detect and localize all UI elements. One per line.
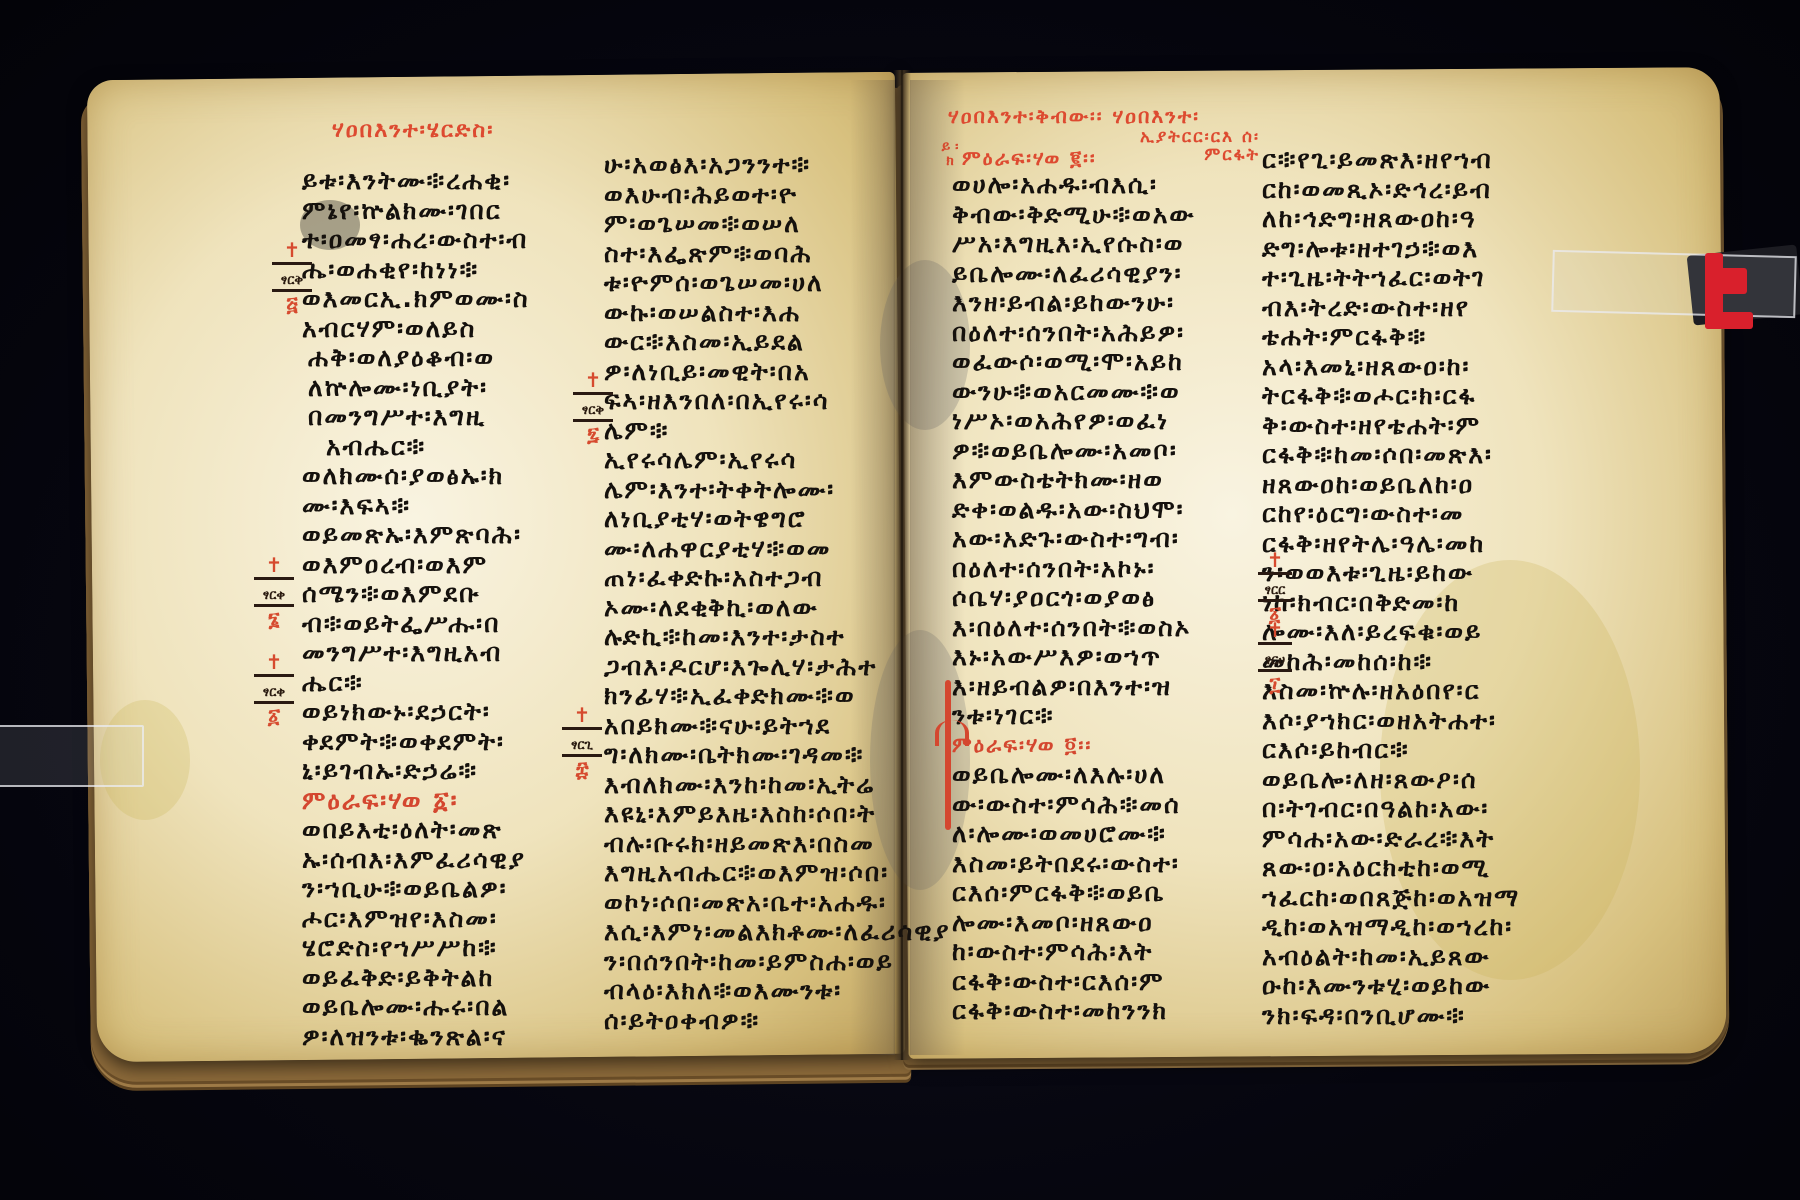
divider [272, 262, 312, 265]
text-line: ርፋቅ፡ውስተ፡ርእሰ፡ም [952, 967, 1195, 997]
text-line: ሖር፡እምዝየ፡እስመ፡ [302, 904, 530, 934]
text-line: ከ፡ውስተ፡ምሳሕ፡እት [952, 937, 1195, 967]
text-line: በዕለተ፡ሰንበት፡አኮኑ፡ [952, 554, 1195, 584]
margin-number: ፰ [575, 757, 588, 781]
cross-icon: ✝ [1267, 548, 1284, 572]
text-line: ሰ፡ይትዐቀብዎ፨ [604, 1006, 951, 1036]
margin-number: ፭ [286, 292, 297, 316]
margin-note: ✝ ፃርቅ ፯ [573, 370, 613, 444]
text-line: ርእሰ፡ምርፋቅ፨ወይቤ [952, 878, 1195, 908]
divider [254, 674, 294, 677]
text-line: ዘጸውዐከ፡ወይቤለከ፡ዐ [1262, 470, 1520, 500]
text-line: በ፡ትገብር፡በዓልከ፡አው፡ [1262, 794, 1520, 824]
text-line: ውንሁ፨ወአርመሙ፨ወ [952, 377, 1195, 407]
text-line: ወሀሎ፡አሐዱ፡ብእሲ፡ [952, 170, 1195, 200]
text-line: ወይፈቅድ፡ይቅትልከ [302, 963, 530, 993]
text-line: ይቤሎሙ፡ለፈሪሳዊያን፡ [952, 259, 1195, 289]
text-line: ኒ፡ይገብኡ፡ድኃሬ፨ [302, 756, 530, 786]
text-line: ወበይእቲ፡ዕለት፡መጽ [302, 815, 530, 845]
text-line: ሎሙ፡እለ፡ይረፍቁ፡ወይ [1262, 617, 1520, 647]
text-line: ሥአ፡እግዚእ፡ኢየሱስ፡ወ [952, 229, 1195, 259]
text-line: እስመ፡ይትበደሩ፡ውስተ፡ [952, 849, 1195, 879]
text-line: እዩኒ፡እምይእዜ፡እስከ፡ሶበ፡ት [604, 799, 951, 829]
text-line: ወለክሙሰ፡ያወፅኡ፡ክ [302, 461, 530, 491]
text-line: ግ፡ለክሙ፡ቤትክሙ፡ገዳመ፨ [604, 740, 951, 770]
divider [562, 727, 602, 730]
text-line: ንክ፡ፍዳ፡በንቢሆሙ፨ [1262, 1001, 1520, 1031]
text-line: እስመ፡ኵሉ፡ዘአዕበየ፡ር [1262, 676, 1520, 706]
text-line: እግዚአብሔር፨ወእምዝ፡ሶበ፡ [604, 858, 951, 888]
text-line: ንቱ፡ነገር፨ [952, 701, 1195, 731]
margin-number: ፮ [268, 607, 280, 631]
red-clip [1705, 268, 1747, 294]
text-line: ዎ፨ወይቤሎሙ፡አመቦ፡ [952, 436, 1195, 466]
cross-icon: ✝ [585, 368, 602, 392]
text-line: ርፋቅ፨ከመ፡ሶበ፡መጽእ፡ [1262, 440, 1520, 470]
text-line: ፍኣ፡ዘእንበለ፡በኢየሩ፡ሳ [604, 386, 951, 416]
text-line: እሶ፡ያኀክር፡ወዘአትሐተ፡ [1262, 706, 1520, 736]
text-line: ው፡ውስተ፡ምሳሕ፨መሰ [952, 790, 1195, 820]
text-line: ም፡ወጌሠመ፨ወሠለ [604, 209, 951, 239]
text-line: አላ፡እመኒ፡ዘጸውዐ፡ከ፡ [1262, 352, 1520, 382]
margin-note: ✝ ፃርቀ ፮ [254, 555, 294, 629]
text-line: አብሔር፨ [302, 432, 530, 462]
text-line: ወእምዐረብ፡ወእም [302, 550, 530, 580]
right-page-heading: ሃዐበእንተ፡ቅብው፡፡ ሃዐበእንተ፡ [948, 104, 1200, 128]
margin-note: ✝ ፃርጊ ፰ [562, 705, 602, 779]
text-line: ኦሙ፡ለደቂቅኪ፡ወለው [604, 593, 951, 623]
left-column-2: ሁ፡አወፅእ፡አጋንንተ፨ ወእሁብ፡ሕይወተ፡ዮ ም፡ወጌሠመ፨ወሠለ ስተ፡… [604, 150, 951, 1035]
text-line: ዲከ፡ወአዝማዲከ፡ወኀረከ፡ [1262, 912, 1520, 942]
margin-ornament-icon [945, 680, 951, 830]
cross-icon: ✝ [1267, 618, 1284, 642]
rubric-heading: ምዕራፍ፡ሃወ ፩፡ [302, 786, 530, 816]
text-line: ወኮነ፡ሶበ፡መጽአ፡ቤተ፡አሐዱ፡ [604, 888, 951, 918]
text-line: ብላዕ፡እክለ፨ወእሙንቱ፡ [604, 976, 951, 1006]
red-clip [1705, 312, 1753, 329]
text-line: ቴሐት፡ምርፋቅ፨ [1262, 322, 1520, 352]
text-line: ቅብው፡ቅድሚሁ፨ወአው [952, 200, 1195, 230]
text-line: አብዕልት፡ከመ፡ኢይጸው [1262, 942, 1520, 972]
text-line: ትርፋቅ፨ወሖር፡ክ፡ርፋ [1262, 381, 1520, 411]
margin-note: ✝ ፃርቅ ፭ [272, 240, 312, 314]
text-line: ኡ፡ሰብእ፡እምፈሪሳዊያ [302, 845, 530, 875]
text-line: ለነቢያቲሃ፡ወትዌግሮ [604, 504, 951, 534]
margin-side-note: ይ ፡ ክ [940, 140, 960, 168]
text-line: ስተ፡እፌጽም፨ወባሕ [604, 239, 951, 269]
text-line: ውር፨እስመ፡ኢይደል [604, 327, 951, 357]
text-line: ብእ፡ትረድ፡ውስተ፡ዘየ [1262, 293, 1520, 323]
text-line: ርፋቅ፡ዘየትሌ፡ዓሌ፡መከ [1262, 529, 1520, 559]
text-line: ኀፈርከ፡ወበጸጅከ፡ወአዝማ [1262, 883, 1520, 913]
left-column-1: ይቱ፡እንትሙ፨ረሐቂ፡ ምኔየ፡ኵልክሙ፡ገበር ተ፡ዐመፃ፡ሐረ፡ውስተ፡ብ… [302, 166, 530, 1051]
cross-icon: ✝ [284, 238, 301, 262]
text-line: ወፈውሶ፡ወሚ፡ሞ፡አይከ [952, 347, 1195, 377]
right-column-1: ወሀሎ፡አሐዱ፡ብእሲ፡ ቅብው፡ቅድሚሁ፨ወአው ሥአ፡እግዚእ፡ኢየሱስ፡ወ… [952, 170, 1195, 1026]
right-page-subheading: ኢያትርር፡ርእ ሰ፡ምርፋት [1110, 128, 1260, 164]
margin-number: ፲ [1270, 672, 1281, 696]
text-line: አበይክሙ፨ናሁ፡ይትኀደ [604, 711, 951, 741]
margin-note: ✝ ፃርር ፩ [1258, 550, 1292, 624]
text-line: እ፡ዘይብልዎ፡በእንተ፡ዝ [952, 672, 1195, 702]
manuscript-photo: ሃዐበእንተ፡ሄርድስ፡ ይቱ፡እንትሙ፨ረሐቂ፡ ምኔየ፡ኵልክሙ፡ገበር ተ… [0, 0, 1800, 1200]
text-line: ርፋቅ፡ውስተ፡መከንንክ [952, 996, 1195, 1026]
right-column-2: ር፨የጊ፡ይመጽእ፡ዘየኀብ ርከ፡ወመጺኦ፡ድኅረ፡ይብ ለከ፡ኅድግ፡ዘጸው… [1262, 145, 1520, 1030]
text-line: ወእመርኢ.ክምወሙ፡ስ [302, 284, 530, 314]
margin-number: ፯ [587, 422, 599, 446]
text-line: ብሉ፡ቡሩክ፡ዘይመጽእ፡በስመ [604, 829, 951, 859]
text-line: ን፡ወወእቱ፡ጊዜ፡ይከው [1262, 558, 1520, 588]
text-line: ሎሙ፡እመቦ፡ዘጸውዐ [952, 908, 1195, 938]
text-line: ለ፡ሎሙ፡ወመሀሮሙ፨ [952, 819, 1195, 849]
text-line: ርከ፡ወመጺኦ፡ድኅረ፡ይብ [1262, 175, 1520, 205]
text-line: ዑከ፡እሙንቱሂ፡ወይከው [1262, 971, 1520, 1001]
text-line: ለኵሎሙ፡ነቢያት፡ [302, 373, 530, 403]
rubric-heading: ምዕራፍ፡ሃወ ፪፡፡ [962, 146, 1097, 170]
text-line: መንግሥተ፡እግዚአብ [302, 638, 530, 668]
text-line: ሐቅ፡ወለያዕቆብ፡ወ [302, 343, 530, 373]
text-line: ጠነ፡ፈቀድኩ፡አስተጋብ [604, 563, 951, 593]
text-line: ወይቤሎሙ፡ሑሩ፡በል [302, 992, 530, 1022]
text-line: ሙ፡ለሐዋርያቲሃ፨ወመ [604, 534, 951, 564]
text-line: ሉድኪ፨ከመ፡እንተ፡ታስተ [604, 622, 951, 652]
text-line: ድቀ፡ወልዱ፡አው፡ስህሞ፡ [952, 495, 1195, 525]
text-line: መከሕ፡መከሰ፡ከ፨ [1262, 647, 1520, 677]
cross-icon: ✝ [266, 553, 283, 577]
text-line: ሙ፡እፍኣ፨ [302, 491, 530, 521]
margin-note: ✝ ፃርቀ ፩ [254, 652, 294, 726]
text-line: ቀደምት፨ወቀደምት፡ [302, 727, 530, 757]
text-line: ወእሁብ፡ሕይወተ፡ዮ [604, 180, 951, 210]
text-line: ሔ፡ወሐቂየ፡ከነነ፨ [302, 255, 530, 285]
margin-label: ፃርሀ [1265, 653, 1285, 668]
text-line: ምኔየ፡ኵልክሙ፡ገበር [302, 196, 530, 226]
text-line: ወይቤሎ፡ለዘ፡ጸውዖ፡ሰ [1262, 765, 1520, 795]
text-line: እብለክሙ፡እንከ፡ከመ፡ኢትሬ [604, 770, 951, 800]
text-line: ወይቤሎሙ፡ለእሉ፡ሀለ [952, 760, 1195, 790]
cross-icon: ✝ [574, 703, 591, 727]
margin-number: ፩ [268, 704, 280, 728]
text-line: ሌም፨ [604, 416, 951, 446]
text-line: አብርሃም፡ወለይስ [302, 314, 530, 344]
text-line: ይቱ፡እንትሙ፨ረሐቂ፡ [302, 166, 530, 196]
divider [573, 392, 613, 395]
text-line: በዕለተ፡ሰንበት፡አሕይዎ፡ [952, 318, 1195, 348]
divider [1258, 642, 1292, 645]
text-line: ን፡በሰንበት፡ከመ፡ይምስሐ፡ወይ [604, 947, 951, 977]
divider [1258, 572, 1292, 575]
margin-label: ፃርጊ [571, 738, 593, 753]
text-line: እምውስቴትክሙ፡ዘወ [952, 465, 1195, 495]
margin-label: ፃርቅ [281, 273, 303, 288]
margin-ornament-icon [935, 720, 969, 746]
text-line: ውኩ፡ወሠልስተ፡እሐ [604, 298, 951, 328]
text-line: ሄሮድስ፡የኀሥሥከ፨ [302, 933, 530, 963]
text-line: እንዘ፡ይብል፡ይከውንሁ፡ [952, 288, 1195, 318]
left-page-heading: ሃዐበእንተ፡ሄርድስ፡ [332, 118, 494, 143]
text-line: ድግ፡ሎቱ፡ዘተገኃ፨ወእ [1262, 234, 1520, 264]
right-page-holder [1551, 250, 1797, 318]
text-line: ሁ፡አወፅእ፡አጋንንተ፨ [604, 150, 951, 180]
text-line: ተ፡ጊዜ፡ትትኀፈር፡ወትገ [1262, 263, 1520, 293]
margin-label: ፃርቅ [582, 403, 604, 418]
cross-icon: ✝ [266, 650, 283, 674]
text-line: ነሥኦ፡ወአሕየዎ፡ወፈነ [952, 406, 1195, 436]
margin-label: ፃርቀ [263, 588, 285, 603]
margin-note: ✝ ፃርሀ ፲ [1258, 620, 1292, 694]
text-line: ቅ፡ውስተ፡ዘየቴሐት፡ም [1262, 411, 1520, 441]
rubric-heading: ምዕራፍ፡ሃወ ፬፡፡ [952, 731, 1195, 761]
text-line: ምሳሐ፡አው፡ድራረ፨እት [1262, 824, 1520, 854]
divider [254, 577, 294, 580]
text-line: ቱ፡ዮምሰ፡ወጌሠመ፡ሀለ [604, 268, 951, 298]
text-line: እኑ፡አውሥእዎ፡ወኀጥ [952, 642, 1195, 672]
text-line: ሰሜን፨ወእምደቡ [302, 579, 530, 609]
text-line: ርእሶ፡ይከብር፨ [1262, 735, 1520, 765]
text-line: ነከ፡ክብር፡በቅድመ፡ከ [1262, 588, 1520, 618]
text-line: ሶቤሃ፡ያዐርጎ፡ወያወፅ [952, 583, 1195, 613]
text-line: እሲ፡እምነ፡መልእክቶሙ፡ለፈሪሳዊያ [604, 917, 951, 947]
text-line: ዎ፡ለዝንቱ፡ቈንጽል፡ና [302, 1022, 530, 1052]
left-page-holder [0, 725, 144, 787]
text-line: አው፡አድጉ፡ውስተ፡ግብ፡ [952, 524, 1195, 554]
text-line: ብ፨ወይትፌሥሑ፡በ [302, 609, 530, 639]
margin-label: ፃርቀ [263, 685, 285, 700]
text-line: ሔር፨ [302, 668, 530, 698]
text-line: ጸው፡ዐ፡አዕርክቲከ፡ወሚ [1262, 853, 1520, 883]
text-line: ወይመጽኡ፡እምጽባሕ፡ [302, 520, 530, 550]
text-line: ሌም፡እንተ፡ትቀትሎሙ፡ [604, 475, 951, 505]
text-line: ን፡ኀቢሁ፨ወይቤልዎ፡ [302, 874, 530, 904]
text-line: ር፨የጊ፡ይመጽእ፡ዘየኀብ [1262, 145, 1520, 175]
text-line: ተ፡ዐመፃ፡ሐረ፡ውስተ፡ብ [302, 225, 530, 255]
text-line: ርከየ፡ዕርግ፡ውስተ፡መ [1262, 499, 1520, 529]
text-line: ኢየሩሳሌም፡ኢየሩሳ [604, 445, 951, 475]
text-line: ዎ፡ለነቢይ፡መዊት፡በአ [604, 357, 951, 387]
text-line: ክንፊሃ፨ኢፈቀድክሙ፨ወ [604, 681, 951, 711]
text-line: ለከ፡ኅድግ፡ዘጸውዐከ፡ዓ [1262, 204, 1520, 234]
text-line: ወይነክውኑ፡ደኃርት፡ [302, 697, 530, 727]
text-line: በመንግሥተ፡እግዚ [302, 402, 530, 432]
text-line: ጋብእ፡ዶርሆ፡እጐሊሃ፡ታሕተ [604, 652, 951, 682]
text-line: እ፡በዕለተ፡ሰንበት፨ወስኦ [952, 613, 1195, 643]
margin-label: ፃርር [1265, 583, 1286, 598]
